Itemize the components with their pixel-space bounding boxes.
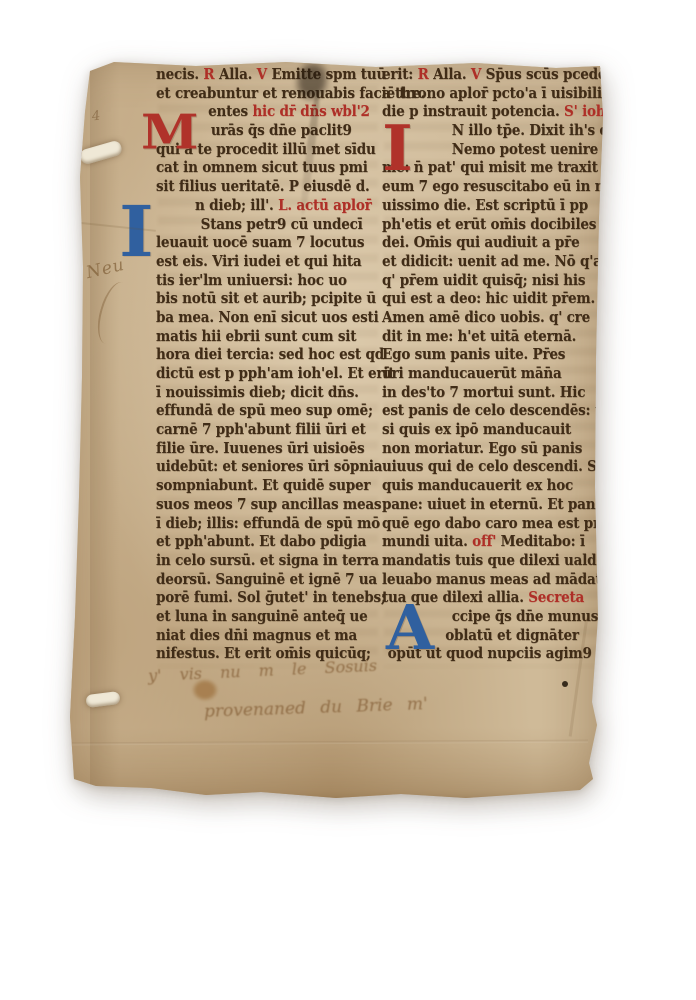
text-line: in des'to 7 mortui sunt. Hic <box>382 384 588 403</box>
text-line: pane: uiuet in eternū. Et panis <box>382 496 588 515</box>
text-line: niat dies dn̄i magnus et ma <box>156 627 362 646</box>
manuscript-leaf: necis. R Alla. V Emitte spm tuūet creabu… <box>56 57 606 799</box>
text-column-right: erit: R Alla. V Sp̄us scūs pcedēsa thron… <box>382 66 604 664</box>
rubric-text: Secreta <box>528 589 584 606</box>
text-line: quē ego dabo caro mea est pro <box>382 515 588 534</box>
body-text: carnē 7 pph'abunt filii ūri et <box>156 421 366 438</box>
body-text: hora diei tercia: sed hoc est qd <box>156 346 384 363</box>
text-line: suos meos 7 sup ancillas meas <box>156 496 362 515</box>
body-text: ph'etis et erūt om̄is docibiles <box>382 216 596 233</box>
body-text: dit in me: h'et uitā eternā. <box>382 328 576 345</box>
text-line: me: n̄ pat' qui misit me traxit <box>382 159 588 178</box>
body-text: q' pr̄em uidit quisq̄; nisi his <box>382 272 585 289</box>
body-text: dictū est p pph'am ioh'el. Et erit <box>156 365 394 382</box>
illuminated-initial-a: A <box>386 597 434 659</box>
text-line: mandatis tuis que dilexi ualde: <box>382 552 588 571</box>
text-line: erit: R Alla. V Sp̄us scūs pcedēs <box>382 66 588 85</box>
body-text: entes <box>208 103 252 120</box>
body-text: oblatū et dignāter <box>445 627 579 644</box>
body-text: eum 7 ego resuscitabo eū in no <box>382 178 613 195</box>
text-line: matis hii ebrii sunt cum sit <box>156 328 362 347</box>
wormhole-dot <box>562 681 568 687</box>
body-text: si quis ex ipō manducauit <box>382 421 571 438</box>
body-text: et luna in sanguinē anteq̄ ue <box>156 608 368 625</box>
text-line: in celo sursū. et signa in terra <box>156 552 362 571</box>
text-line: n dieb; ill'. L. actū aplor̄ <box>156 197 362 216</box>
text-line: leuabo manus meas ad mādata <box>382 571 588 590</box>
body-text: Nemo potest uenire ad <box>452 141 621 158</box>
text-line: hora diei tercia: sed hoc est qd <box>156 346 362 365</box>
body-text: leuauit uocē suam 7 locutus <box>156 234 364 251</box>
text-line: uidebūt: et seniores ūri sōpnia <box>156 458 362 477</box>
body-text: me: n̄ pat' qui misit me traxit <box>382 159 598 176</box>
text-line: eum 7 ego resuscitabo eū in no <box>382 178 588 197</box>
body-text: in celo sursū. et signa in terra <box>156 552 379 569</box>
body-text: Alla. <box>214 66 256 83</box>
body-text: filie ūre. Iuuenes ūri uisioēs <box>156 440 364 457</box>
body-text: ba mea. Non enī sicut uos esti <box>156 309 379 326</box>
text-line: Ego sum panis uite. Pr̄es <box>382 346 588 365</box>
text-line: necis. R Alla. V Emitte spm tuū <box>156 66 362 85</box>
illuminated-initial-m: M <box>141 109 199 157</box>
body-text: quē ego dabo caro mea est pro <box>382 515 609 532</box>
text-line: est eis. Viri iudei et qui hita <box>156 253 362 272</box>
body-text: non moriatur. Ego sū panis <box>382 440 582 457</box>
body-text: ūri manducauerūt mān̄a <box>382 365 562 382</box>
text-line: ūri manducauerūt mān̄a <box>382 365 588 384</box>
text-line: Nemo potest uenire ad <box>382 141 588 160</box>
faded-inscription-line2: provenaned du Brie m' <box>204 694 428 722</box>
text-line: et creabuntur et renouabis faciē tre. <box>156 85 362 104</box>
text-line: cat in omnem sicut tuus pmi <box>156 159 362 178</box>
body-text: ī nouissimis dieb; dicit dn̄s. <box>156 384 359 401</box>
text-line: uiuus qui de celo descendi. Si <box>382 458 588 477</box>
text-line: filie ūre. Iuuenes ūri uisioēs <box>156 440 362 459</box>
body-text: est eis. Viri iudei et qui hita <box>156 253 361 270</box>
body-text: Alla. <box>429 66 471 83</box>
text-line: dit in me: h'et uitā eternā. <box>382 328 588 347</box>
text-line: porē fumi. Sol ḡutet' in tenebs; <box>156 589 362 608</box>
text-line: Stans petr9 cū undecī <box>156 216 362 235</box>
body-text: pane: uiuet in eternū. Et panis <box>382 496 608 513</box>
rubric-text: V <box>257 66 267 83</box>
text-line: Amen amē dico uobis. q' cre <box>382 309 588 328</box>
text-line: non moriatur. Ego sū panis <box>382 440 588 459</box>
body-text: porē fumi. Sol ḡutet' in tenebs; <box>156 589 386 606</box>
text-line: mundi uita. off' Meditabo: ī <box>382 533 588 552</box>
body-text: uissimo die. Est scriptū ī pp <box>382 197 588 214</box>
body-text: suos meos 7 sup ancillas meas <box>156 496 381 513</box>
body-text: necis. <box>156 66 203 83</box>
body-text: uidebūt: et seniores ūri sōpnia <box>156 458 382 475</box>
text-line: leuauit uocē suam 7 locutus <box>156 234 362 253</box>
body-text: quis manducauerit ex hoc <box>382 477 573 494</box>
body-text: Ego sum panis uite. Pr̄es <box>382 346 565 363</box>
text-line: uissimo die. Est scriptū ī pp <box>382 197 588 216</box>
text-line: et luna in sanguinē anteq̄ ue <box>156 608 362 627</box>
body-text: matis hii ebrii sunt cum sit <box>156 328 356 345</box>
body-text: mundi uita. <box>382 533 472 550</box>
rubric-text: V <box>471 66 481 83</box>
body-text: niat dies dn̄i magnus et ma <box>156 627 357 644</box>
rubric-text: S' ioh'es <box>564 103 625 120</box>
manuscript-leaf-wrapper: necis. R Alla. V Emitte spm tuūet creabu… <box>56 57 606 799</box>
body-text: est panis de celo descendēs: ut <box>382 402 611 419</box>
text-line: deorsū. Sanguinē et ignē 7 ua <box>156 571 362 590</box>
body-text: bis notū sit et aurib; pcipite ū <box>156 290 376 307</box>
body-text: a throno aplor̄ pcto'a ī uisibili ho <box>382 85 625 102</box>
text-line: N illo tp̄e. Dixit ih's dl'. <box>382 122 588 141</box>
body-text: ī dieb; illis: effundā de spū mō <box>156 515 380 532</box>
body-text: in des'to 7 mortui sunt. Hic <box>382 384 585 401</box>
illuminated-initial-i-blue: I <box>119 197 154 267</box>
body-text: ccipe q̄s dn̄e munus <box>452 608 598 625</box>
rubric-text: L. actū aplor̄ <box>278 197 372 214</box>
text-line: et pph'abunt. Et dabo pdigia <box>156 533 362 552</box>
text-line: a throno aplor̄ pcto'a ī uisibili ho <box>382 85 588 104</box>
body-text: n dieb; ill'. <box>195 197 278 214</box>
body-text: leuabo manus meas ad mādata <box>382 571 610 588</box>
text-line: sompniabunt. Et quidē super <box>156 477 362 496</box>
text-line: ī dieb; illis: effundā de spū mō <box>156 515 362 534</box>
body-text: urās q̄s dn̄e paclit9 <box>211 122 352 139</box>
text-line: bis notū sit et aurib; pcipite ū <box>156 290 362 309</box>
text-line: die p instrauit potencia. S' ioh'es <box>382 103 588 122</box>
text-line: dei. Om̄is qui audiuit a pr̄e <box>382 234 588 253</box>
body-text: mandatis tuis que dilexi ualde: <box>382 552 610 569</box>
body-text: sompniabunt. Et quidē super <box>156 477 370 494</box>
text-line: est panis de celo descendēs: ut <box>382 402 588 421</box>
rubric-text: R <box>418 66 429 83</box>
illuminated-initial-i-red: I <box>382 117 413 180</box>
body-text: qui est a deo: hic uidit pr̄em. <box>382 290 595 307</box>
body-text: Stans petr9 cū undecī <box>201 216 363 233</box>
text-line: tis ier'lm uniuersi: hoc uo <box>156 272 362 291</box>
body-text: Meditabo: ī <box>496 533 585 550</box>
body-text: erit: <box>382 66 418 83</box>
text-line: dictū est p pph'am ioh'el. Et erit <box>156 365 362 384</box>
text-line: quis manducauerit ex hoc <box>382 477 588 496</box>
text-line: ī nouissimis dieb; dicit dn̄s. <box>156 384 362 403</box>
body-text: Sp̄us scūs pcedēs <box>481 66 614 83</box>
photo-background: necis. R Alla. V Emitte spm tuūet creabu… <box>0 0 696 1000</box>
body-text: effundā de spū meo sup omē; <box>156 402 373 419</box>
body-text: sit filius ueritatē. P eiusdē d. <box>156 178 369 195</box>
body-text: deorsū. Sanguinē et ignē 7 ua <box>156 571 377 588</box>
text-line: q' pr̄em uidit quisq̄; nisi his <box>382 272 588 291</box>
text-line: sit filius ueritatē. P eiusdē d. <box>156 178 362 197</box>
text-line: effundā de spū meo sup omē; <box>156 402 362 421</box>
body-text: dei. Om̄is qui audiuit a pr̄e <box>382 234 579 251</box>
body-text: N illo tp̄e. Dixit ih's dl'. <box>452 122 622 139</box>
bottom-edge-shading <box>56 727 606 799</box>
text-line: et didicit: uenit ad me. Nō q'a <box>382 253 588 272</box>
text-line: si quis ex ipō manducauit <box>382 421 588 440</box>
body-text: et didicit: uenit ad me. Nō q'a <box>382 253 602 270</box>
text-line: carnē 7 pph'abunt filii ūri et <box>156 421 362 440</box>
body-text: Amen amē dico uobis. q' cre <box>382 309 590 326</box>
body-text: tis ier'lm uniuersi: hoc uo <box>156 272 347 289</box>
rubric-text: R <box>203 66 214 83</box>
body-text: uiuus qui de celo descendi. Si <box>382 458 602 475</box>
left-fold-shadow <box>90 57 120 799</box>
body-text: et pph'abunt. Et dabo pdigia <box>156 533 366 550</box>
text-line: ba mea. Non enī sicut uos esti <box>156 309 362 328</box>
text-line: ph'etis et erūt om̄is docibiles <box>382 216 588 235</box>
body-text: cat in omnem sicut tuus pmi <box>156 159 368 176</box>
rubric-text: off' <box>472 533 496 550</box>
text-line: qui est a deo: hic uidit pr̄em. <box>382 290 588 309</box>
